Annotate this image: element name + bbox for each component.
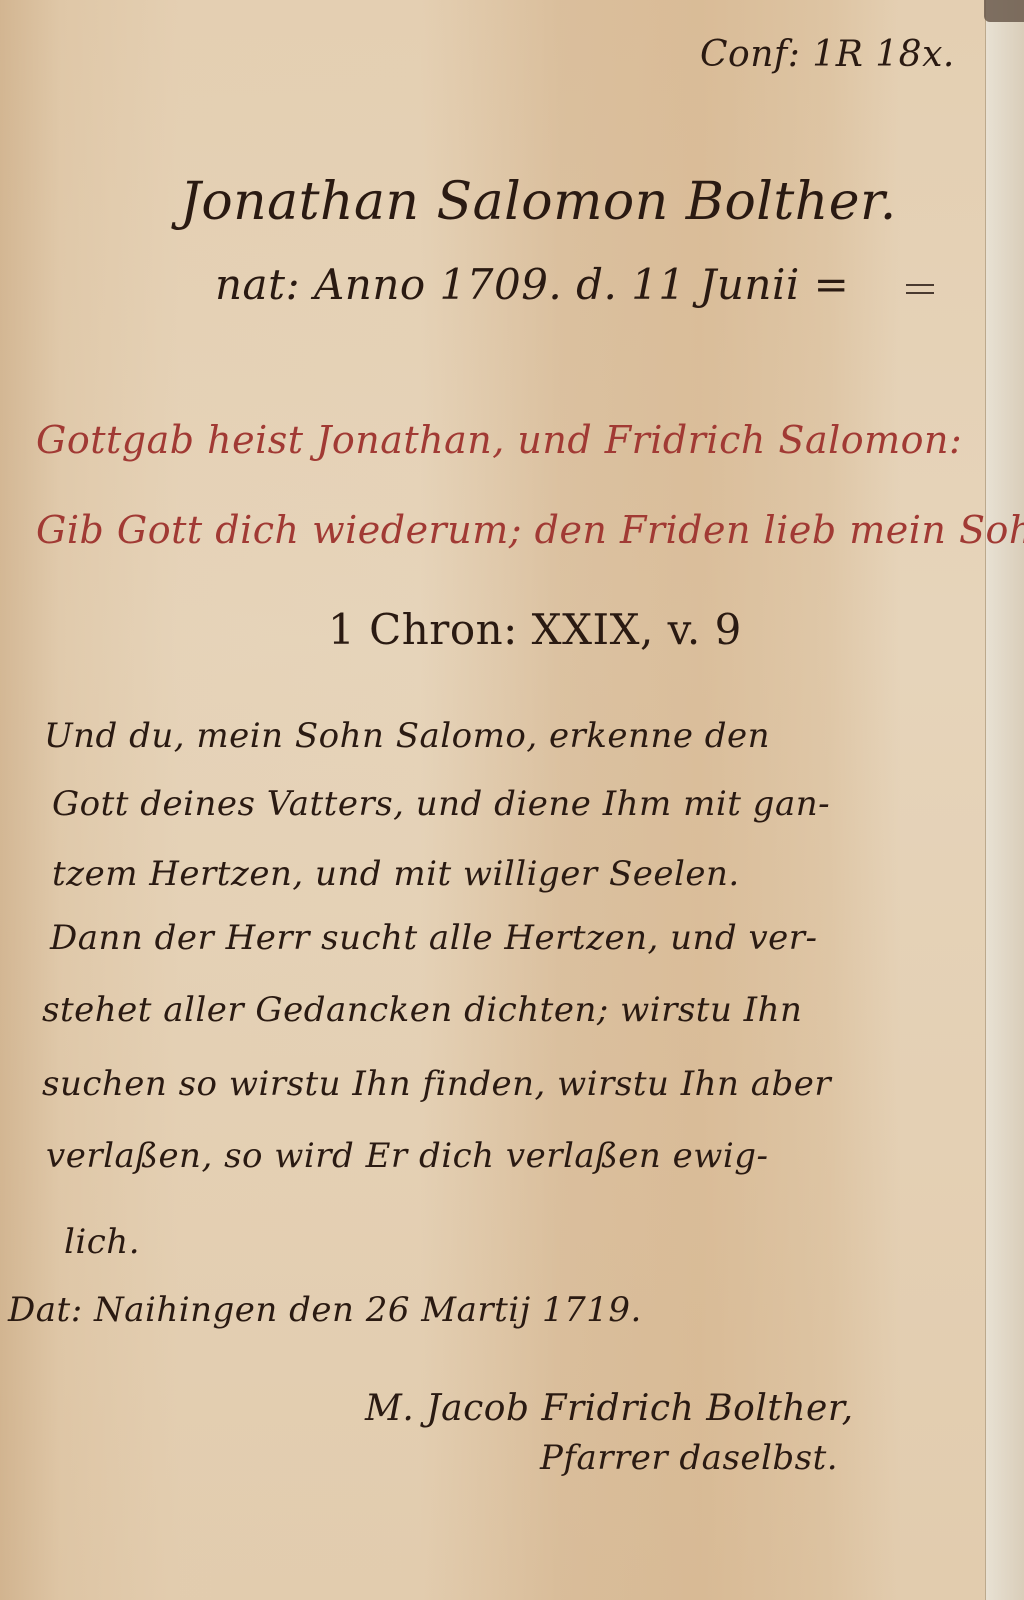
body-line: stehet aller Gedancken dichten; wirstu I… [42, 990, 802, 1030]
red-verse-line-2: Gib Gott dich wiederum; den Friden lieb … [36, 508, 1024, 552]
paper-edge [985, 0, 1024, 1600]
red-verse-line-1: Gottgab heist Jonathan, und Fridrich Sal… [36, 418, 962, 462]
body-line: verlaßen, so wird Er dich verlaßen ewig- [46, 1136, 768, 1176]
body-line: Dann der Herr sucht alle Hertzen, und ve… [50, 918, 818, 958]
body-line: lich. [64, 1222, 140, 1262]
double-dash-mark [906, 278, 934, 300]
body-line: Und du, mein Sohn Salomo, erkenne den [44, 716, 770, 756]
shelfmark: Conf: 1R 18x. [700, 34, 955, 75]
heading-birth-date: nat: Anno 1709. d. 11 Junii = [215, 260, 849, 309]
heading-name: Jonathan Salomon Bolther. [180, 172, 897, 232]
body-line: tzem Hertzen, und mit williger Seelen. [52, 854, 740, 894]
manuscript-page: Conf: 1R 18x. Jonathan Salomon Bolther. … [0, 0, 1024, 1600]
dateline: Dat: Naihingen den 26 Martij 1719. [8, 1290, 642, 1330]
corner-stain [984, 0, 1024, 22]
body-line: suchen so wirstu Ihn finden, wirstu Ihn … [42, 1064, 831, 1104]
body-line: Gott deines Vatters, und diene Ihm mit g… [52, 784, 830, 824]
signature-title: Pfarrer daselbst. [540, 1438, 838, 1478]
signature-name: M. Jacob Fridrich Bolther, [365, 1388, 854, 1429]
scripture-reference: 1 Chron: XXIX, v. 9 [328, 605, 742, 654]
